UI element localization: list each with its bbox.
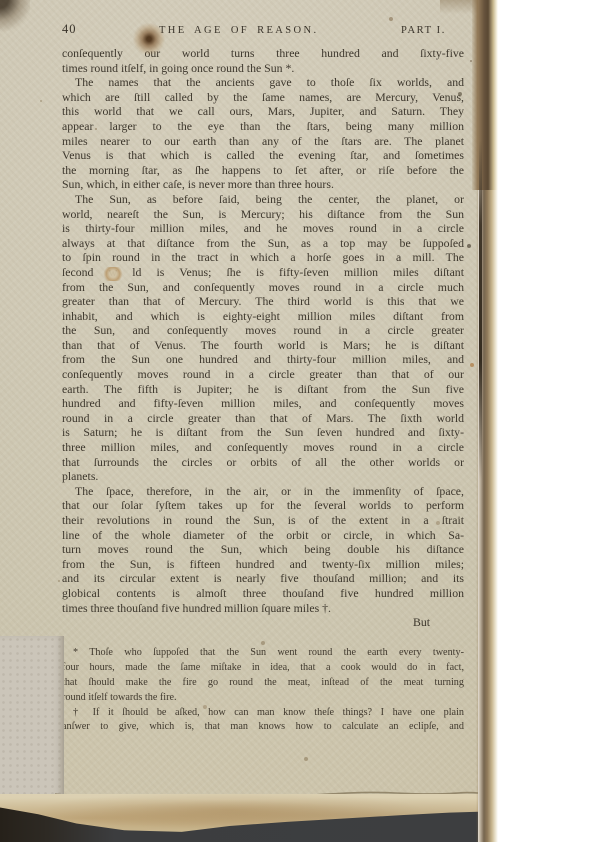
body-line: round in a circle greater than that of M… bbox=[62, 411, 464, 426]
footnote-line: four hours, made the ſame miſtake in ide… bbox=[62, 661, 464, 676]
body-line: The ſpace, therefore, in the air, or in … bbox=[62, 484, 464, 499]
body-line: earth. The fifth is Jupiter; he is diſta… bbox=[62, 382, 464, 397]
scanned-book-page: { "page": { "number": "40", "running_tit… bbox=[0, 0, 595, 842]
body-line: conſequently moves round in a circle gre… bbox=[62, 367, 464, 382]
body-line: miles nearer to our earth than any of th… bbox=[62, 134, 464, 149]
body-line: appear larger to the eye than the ſtars,… bbox=[62, 119, 464, 134]
running-title: THE AGE OF REASON. bbox=[159, 25, 319, 36]
worn-letter-stain bbox=[103, 267, 123, 281]
footnote-line: that ſhould make the fire go round the m… bbox=[62, 676, 464, 691]
page-paper: 40 THE AGE OF REASON. PART I. conſequent… bbox=[0, 0, 478, 842]
body-line: to ſpin round in the tract in which a ho… bbox=[62, 250, 464, 265]
body-line: The names that the ancients gave to thoſ… bbox=[62, 75, 464, 90]
footnote-line: † If it ſhould be aſked, how can man kno… bbox=[62, 706, 464, 721]
page-number: 40 bbox=[62, 22, 77, 37]
body-line: three million miles, and conſequently mo… bbox=[62, 440, 464, 455]
body-line: Venus is that which is called the evenin… bbox=[62, 148, 464, 163]
body-line: that ſurrounds the circles or orbits of … bbox=[62, 455, 464, 470]
body-line: world, neareſt the Sun, is Mercury; his … bbox=[62, 207, 464, 222]
body-line: from the Sun, and conſequently moves rou… bbox=[62, 280, 464, 295]
footnote-lines: * Thoſe who ſuppoſed that the Sun went r… bbox=[62, 646, 464, 735]
catchword: But bbox=[62, 615, 464, 630]
body-text-block: conſequently our world turns three hundr… bbox=[62, 46, 464, 630]
body-line: from the Sun, is fifteen hundred and twe… bbox=[62, 557, 464, 572]
page-edge-curl-line bbox=[479, 140, 482, 480]
body-line: turn moves round the Sun, which being do… bbox=[62, 542, 464, 557]
body-line: always at that diſtance from the Sun, as… bbox=[62, 236, 464, 251]
body-line: The Sun, as before ſaid, being the cente… bbox=[62, 192, 464, 207]
body-line: times three thouſand five hundred millio… bbox=[62, 601, 464, 616]
body-line: the Sun, and conſequently moves round in… bbox=[62, 323, 464, 338]
body-line: times round itſelf, in going once round … bbox=[62, 61, 464, 76]
body-line: which are ſtill called by the ſame names… bbox=[62, 90, 464, 105]
body-line: and its circular extent is nearly five t… bbox=[62, 571, 464, 586]
footnote-line: anſwer to give, which is, that man knows… bbox=[62, 720, 464, 735]
body-lines: conſequently our world turns three hundr… bbox=[62, 46, 464, 615]
body-line: from the Sun one hundred and thirty-four… bbox=[62, 352, 464, 367]
body-line: hundred and fifty-ſeven million miles, a… bbox=[62, 396, 464, 411]
body-line: the morning ſtar, as ſhe happens to ſet … bbox=[62, 163, 464, 178]
body-line: this world that we call ours, Mars, Jupi… bbox=[62, 104, 464, 119]
body-line: that our ſolar ſyſtem takes up for the ſ… bbox=[62, 498, 464, 513]
body-line: Sun, which, in either caſe, is never mor… bbox=[62, 177, 464, 192]
curled-corner-shadow bbox=[0, 0, 30, 34]
ink-blot-stain bbox=[133, 23, 165, 55]
page-header: 40 THE AGE OF REASON. PART I. bbox=[62, 22, 446, 38]
body-line: is Saturn; he is diſtant from the Sun ſe… bbox=[62, 425, 464, 440]
body-line: globical contents is almoſt three thouſa… bbox=[62, 586, 464, 601]
body-line: is thirty-four million miles, and he mov… bbox=[62, 221, 464, 236]
body-line: greater than that of Mercury. The third … bbox=[62, 294, 464, 309]
body-line: inhabit, and which is eighty-eight milli… bbox=[62, 309, 464, 324]
foxing-speckles bbox=[0, 0, 2, 2]
body-line: planets. bbox=[62, 469, 464, 484]
footnote-line: * Thoſe who ſuppoſed that the Sun went r… bbox=[62, 646, 464, 661]
body-line: their revolutions in round the Sun, is o… bbox=[62, 513, 464, 528]
book-fore-edge-top bbox=[472, 0, 498, 190]
footnote-line: round itſelf towards the fire. bbox=[62, 691, 464, 706]
footnote-block: * Thoſe who ſuppoſed that the Sun went r… bbox=[62, 646, 464, 735]
body-line: than that of Venus. The fourth world is … bbox=[62, 338, 464, 353]
body-line: line of the whole diameter of the orbit … bbox=[62, 528, 464, 543]
body-line: conſequently our world turns three hundr… bbox=[62, 46, 464, 61]
part-label: PART I. bbox=[401, 25, 446, 36]
